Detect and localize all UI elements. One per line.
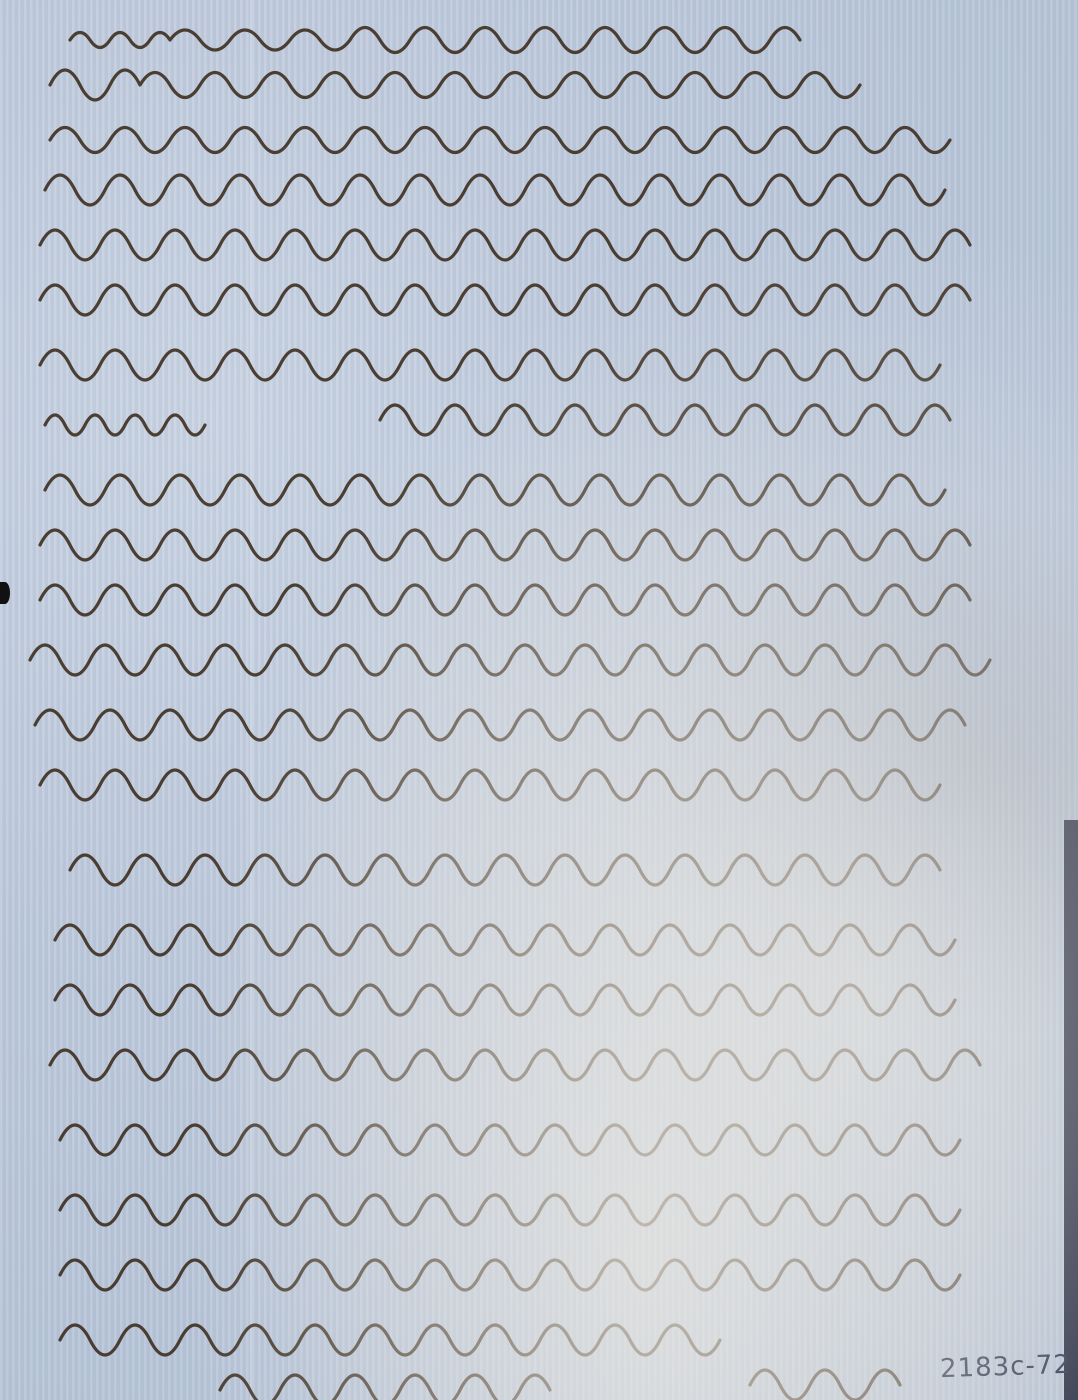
line-18: [50, 1050, 980, 1080]
line-13: [35, 710, 965, 740]
line-15: [70, 855, 940, 885]
line-6: [40, 285, 970, 315]
catalog-number: 2183c-72: [940, 1350, 1072, 1385]
line-2: [50, 70, 860, 100]
dark-background-edge: [1064, 820, 1078, 1400]
line-7: [40, 350, 940, 380]
line-4: [45, 175, 945, 205]
line-3: [50, 128, 950, 153]
line-21: [60, 1260, 960, 1290]
line-16: [55, 925, 955, 955]
line-20: [60, 1195, 960, 1225]
line-10: [40, 530, 970, 560]
line-8: [45, 405, 950, 435]
line-14: [40, 770, 940, 800]
line-23: [220, 1370, 900, 1400]
line-17: [55, 985, 955, 1015]
line-9: [45, 475, 945, 505]
line-12: [30, 645, 990, 675]
line-5: [40, 230, 970, 260]
handwritten-text-lines: [0, 0, 1078, 1400]
line-22: [60, 1325, 720, 1355]
line-11: [40, 585, 970, 615]
line-1: [70, 28, 800, 53]
line-19: [60, 1125, 960, 1155]
manuscript-page: 2183c-72: [0, 0, 1078, 1400]
